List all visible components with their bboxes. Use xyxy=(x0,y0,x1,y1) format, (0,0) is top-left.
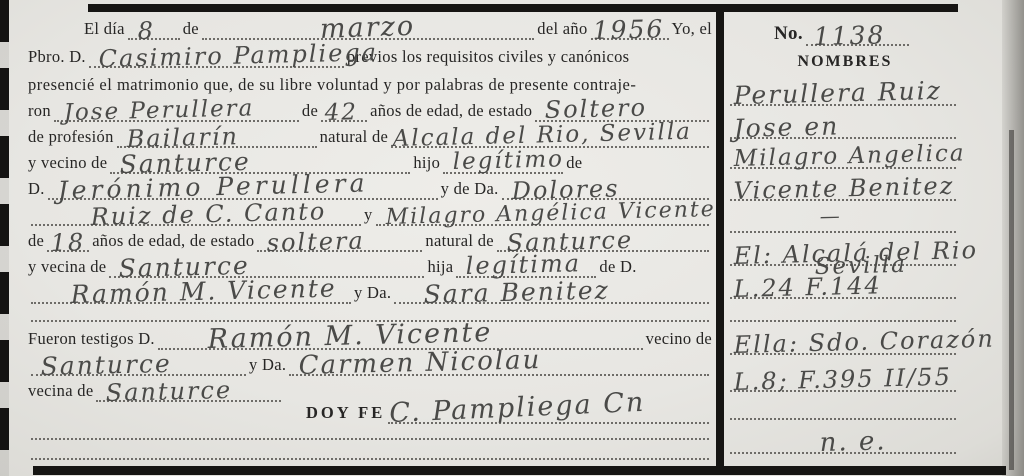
label-hija: hija xyxy=(427,259,453,279)
field-day: 8 xyxy=(128,32,180,40)
field-witness-1-residence: Santurce xyxy=(31,368,246,376)
label-yo-el: Yo, el xyxy=(672,21,712,41)
label-previos-requisitos: previos los requisitos civiles y canónic… xyxy=(347,49,630,69)
field-hijo-legitimo: legítimo xyxy=(443,166,563,174)
form-line-witness-2: Santurce y Da. Carmen Nicolau xyxy=(28,350,712,376)
field-hijo-legitimo-value: legítimo xyxy=(453,148,565,174)
field-record-number: 1138 xyxy=(806,38,909,46)
label-de-hijo: de xyxy=(566,155,582,175)
label-no: No. xyxy=(774,24,803,46)
field-priest: Casimiro Pampliega xyxy=(89,60,344,68)
field-record-number-value: 1138 xyxy=(813,22,885,49)
field-year-value: 1956 xyxy=(592,16,664,43)
field-groom-age: 42 xyxy=(321,114,367,122)
index-dash-mark: — xyxy=(820,205,842,226)
field-bride-name-value: Milagro Angélica Vicente xyxy=(385,199,716,229)
scanned-marriage-record: El día 8 de marzo del año 1956 Yo, el Pb… xyxy=(0,0,1024,476)
label-nombres: NOMBRES xyxy=(730,54,960,73)
field-hija-legitima-value: legítima xyxy=(466,251,582,278)
label-d: D. xyxy=(28,181,45,201)
label-vecina-de: y vecina de xyxy=(28,259,106,279)
field-groom-name: Jose Perullera xyxy=(54,114,299,122)
scan-right-fold-line xyxy=(1009,130,1014,470)
label-y-da-witness: y Da. xyxy=(249,357,286,377)
label-hijo: hijo xyxy=(413,155,440,175)
label-fueron-testigos: Fueron testigos D. xyxy=(28,331,155,351)
form-line-date: El día 8 de marzo del año 1956 Yo, el xyxy=(28,14,712,40)
form-line-groom-father: D. Jerónimo Perullera y de Da. Dolores xyxy=(28,174,712,200)
index-row-surnames: Perullera Ruiz xyxy=(730,72,956,106)
index-row-groom-firstname: Jose en xyxy=(730,105,956,139)
form-line-priest: Pbro. D. Casimiro Pampliega previos los … xyxy=(28,42,712,68)
label-profesion: de profesión xyxy=(28,129,114,149)
field-groom-status-value: Soltero xyxy=(545,96,648,122)
scan-left-edge xyxy=(0,0,9,476)
form-line-blank-1 xyxy=(28,296,712,322)
record-number-row: No. 1138 xyxy=(774,18,912,46)
index-row-bride-firstname: Milagro Angelica xyxy=(730,137,956,169)
field-bride-status: soltera xyxy=(257,244,422,252)
index-row-dash: — xyxy=(730,200,956,222)
index-ella-parish-value: Ella: Sdo. Corazón xyxy=(733,327,995,357)
label-de-bride: de xyxy=(28,233,44,253)
form-body: El día 8 de marzo del año 1956 Yo, el Pb… xyxy=(28,0,712,476)
blank-dotted-line-3 xyxy=(31,452,709,460)
field-groom-mother-surname: Ruiz de C. Canto xyxy=(31,218,361,226)
form-line-witness-1: Fueron testigos D. Ramón M. Vicente veci… xyxy=(28,324,712,350)
label-anos-estado-bride: años de edad, de estado xyxy=(92,233,254,253)
label-y: y xyxy=(364,207,373,227)
form-line-groom: ron Jose Perullera de 42 años de edad, d… xyxy=(28,96,712,122)
index-row-bride-surnames: Vicente Benitez xyxy=(730,167,956,201)
form-line-groom-residence: y vecino de Santurce hijo legítimo de xyxy=(28,148,712,174)
index-column: No. 1138 NOMBRES Perullera Ruiz Jose en … xyxy=(730,0,960,476)
index-row-ella-book-folio: L.8; F.395 II/55 xyxy=(730,358,956,392)
label-el-dia: El día xyxy=(84,21,125,41)
label-anos-estado-groom: años de edad, de estado xyxy=(370,103,532,123)
label-vecino-de: y vecino de xyxy=(28,155,107,175)
index-surnames-value: Perullera Ruiz xyxy=(733,78,942,108)
column-divider-rule xyxy=(716,8,724,466)
label-presencie-matrimonio: presencié el matrimonio que, de su libre… xyxy=(28,77,636,97)
field-year: 1956 xyxy=(591,32,669,40)
label-natural-de-groom: natural de xyxy=(320,129,389,149)
label-natural-de-bride: natural de xyxy=(425,233,494,253)
field-witness-2-value: Carmen Nicolau xyxy=(299,347,542,379)
label-y-de-da: y de Da. xyxy=(441,181,499,201)
index-note-value: n. e. xyxy=(819,428,887,456)
label-de-edad: de xyxy=(302,103,318,123)
index-row-note: n. e. xyxy=(730,420,956,454)
label-vecino-de-witness: vecino de xyxy=(646,331,712,351)
field-witness-2: Carmen Nicolau xyxy=(289,368,709,376)
form-line-bride: de 18 años de edad, de estado soltera na… xyxy=(28,226,712,252)
index-el-book-folio-value: L.24 F.144 xyxy=(733,273,882,301)
index-row-ella-parish: Ella: Sdo. Corazón xyxy=(730,321,956,355)
field-priest-value: Casimiro Pampliega xyxy=(98,40,378,71)
form-line-profession: de profesión Bailarín natural de Alcala … xyxy=(28,122,712,148)
label-pbro-d: Pbro. D. xyxy=(28,49,86,69)
label-de: de xyxy=(183,21,199,41)
form-line-formula: presencié el matrimonio que, de su libre… xyxy=(28,70,712,96)
index-bride-surnames-value: Vicente Benitez xyxy=(733,174,954,203)
field-witness-1-residence-value: Santurce xyxy=(40,351,172,379)
form-line-mother-surname-bride-name: Ruiz de C. Canto y Milagro Angélica Vice… xyxy=(28,200,712,226)
label-ron: ron xyxy=(28,103,51,123)
field-groom-mother-surname-value: Ruiz de C. Canto xyxy=(90,199,326,229)
field-groom-name-value: Jose Perullera xyxy=(63,97,254,125)
index-ella-book-folio-value: L.8; F.395 II/55 xyxy=(733,365,952,394)
index-row-el-book-folio: L.24 F.144 xyxy=(730,267,956,299)
field-bride-age: 18 xyxy=(47,244,89,252)
form-line-blank-3 xyxy=(28,434,712,460)
form-line-bride-residence: y vecina de Santurce hija legítima de D. xyxy=(28,252,712,278)
label-del-ano: del año xyxy=(537,21,587,41)
field-bride-name: Milagro Angélica Vicente xyxy=(376,218,709,226)
field-day-value: 8 xyxy=(137,19,155,43)
